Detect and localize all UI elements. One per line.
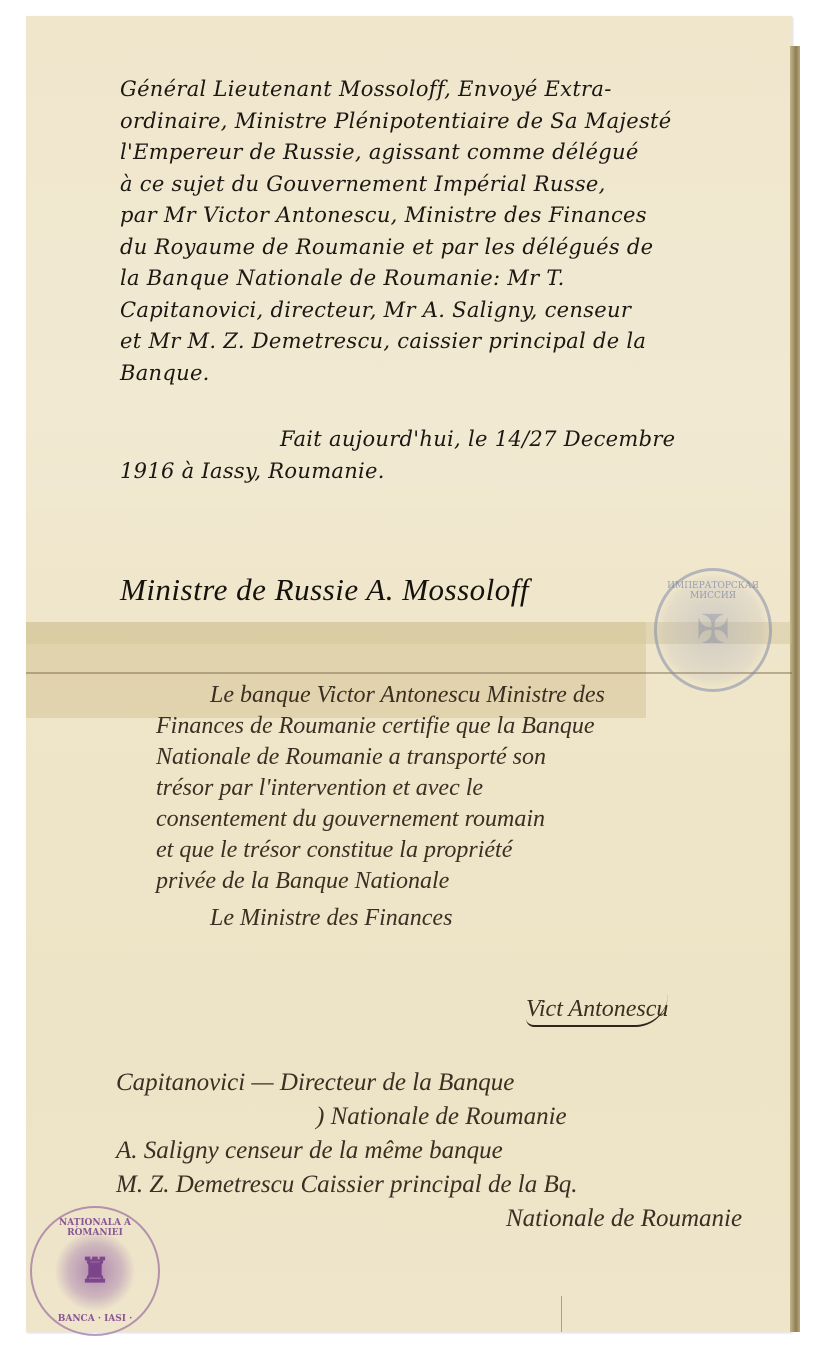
signature-line: Capitanovici — Directeur de la Banque (116, 1066, 742, 1100)
signatory-title: ) Nationale de Roumanie (316, 1103, 567, 1130)
paragraph-line: ordinaire, Ministre Plénipotentiaire de … (120, 106, 672, 138)
finance-minister-signature: Vict Antonescu (526, 994, 668, 1027)
paragraph-line: l'Empereur de Russie, agissant comme dél… (120, 137, 672, 169)
signatory-title: Caissier principal de la Bq. (300, 1171, 577, 1198)
paragraph-line: la Banque Nationale de Roumanie: Mr T. (120, 263, 672, 295)
signatory-title: — Directeur de la Banque (251, 1069, 514, 1096)
national-bank-stamp: NAȚIONALA A ROMANIEI ♜ BANCA · IASI · (30, 1206, 160, 1336)
paragraph-line: par Mr Victor Antonescu, Ministre des Fi… (120, 200, 672, 232)
note-line: Le banque Victor Antonescu Ministre des (156, 680, 605, 711)
paragraph-line: Banque. (120, 358, 672, 390)
paragraph-line: et Mr M. Z. Demetrescu, caissier princip… (120, 326, 672, 358)
document-paper: Général Lieutenant Mossoloff, Envoyé Ext… (26, 16, 792, 1332)
note-line: privée de la Banque Nationale (156, 866, 605, 897)
stamp-text-bottom: BANCA · IASI · (32, 1314, 158, 1324)
dateline: Fait aujourd'hui, le 14/27 Decembre 1916… (120, 424, 675, 487)
dateline-line-2: 1916 à Iassy, Roumanie. (120, 456, 675, 488)
paragraph-line: à ce sujet du Gouvernement Impérial Russ… (120, 169, 672, 201)
coat-of-arms-icon: ♜ (80, 1251, 110, 1291)
stamp-text-top: NAȚIONALA A ROMANIEI (32, 1218, 158, 1238)
note-line: consentement du gouvernement roumain (156, 804, 605, 835)
signature-line: A. Saligny censeur de la même banque (116, 1134, 742, 1168)
signatory-name: Capitanovici (116, 1069, 245, 1096)
typed-paragraph: Général Lieutenant Mossoloff, Envoyé Ext… (120, 74, 672, 389)
signatory-name: M. Z. Demetrescu (116, 1171, 294, 1198)
signatory-title: Nationale de Roumanie (506, 1205, 742, 1232)
signatory-title: censeur de la même banque (225, 1137, 503, 1164)
russian-legation-stamp: ИМПЕРАТОРСКАЯ МИССИЯ ✠ (654, 568, 772, 692)
note-closing: Le Ministre des Finances (156, 903, 605, 934)
signature-line: Nationale de Roumanie (116, 1202, 742, 1236)
stamp-text: ИМПЕРАТОРСКАЯ МИССИЯ (657, 581, 769, 601)
note-line: Finances de Roumanie certifie que la Ban… (156, 711, 605, 742)
paper-crease (561, 1296, 562, 1332)
note-line: et que le trésor constitue la propriété (156, 835, 605, 866)
finance-minister-note: Le banque Victor Antonescu Ministre des … (156, 680, 605, 934)
signatory-name: A. Saligny (116, 1137, 219, 1164)
signature-line: ) Nationale de Roumanie (116, 1100, 742, 1134)
paragraph-line: du Royaume de Roumanie et par les délégu… (120, 232, 672, 264)
note-line: Nationale de Roumanie a transporté son (156, 742, 605, 773)
signature-line: M. Z. Demetrescu Caissier principal de l… (116, 1168, 742, 1202)
paper-edge (790, 46, 800, 1332)
signature-text: Vict Antonescu (526, 994, 668, 1027)
bank-signatures: Capitanovici — Directeur de la Banque ) … (116, 1066, 742, 1236)
paragraph-line: Général Lieutenant Mossoloff, Envoyé Ext… (120, 74, 672, 106)
russian-minister-signature: Ministre de Russie A. Mossoloff (120, 572, 529, 608)
double-eagle-emblem-icon: ✠ (696, 607, 730, 653)
note-line: trésor par l'intervention et avec le (156, 773, 605, 804)
dateline-line-1: Fait aujourd'hui, le 14/27 Decembre (120, 424, 675, 456)
paragraph-line: Capitanovici, directeur, Mr A. Saligny, … (120, 295, 672, 327)
